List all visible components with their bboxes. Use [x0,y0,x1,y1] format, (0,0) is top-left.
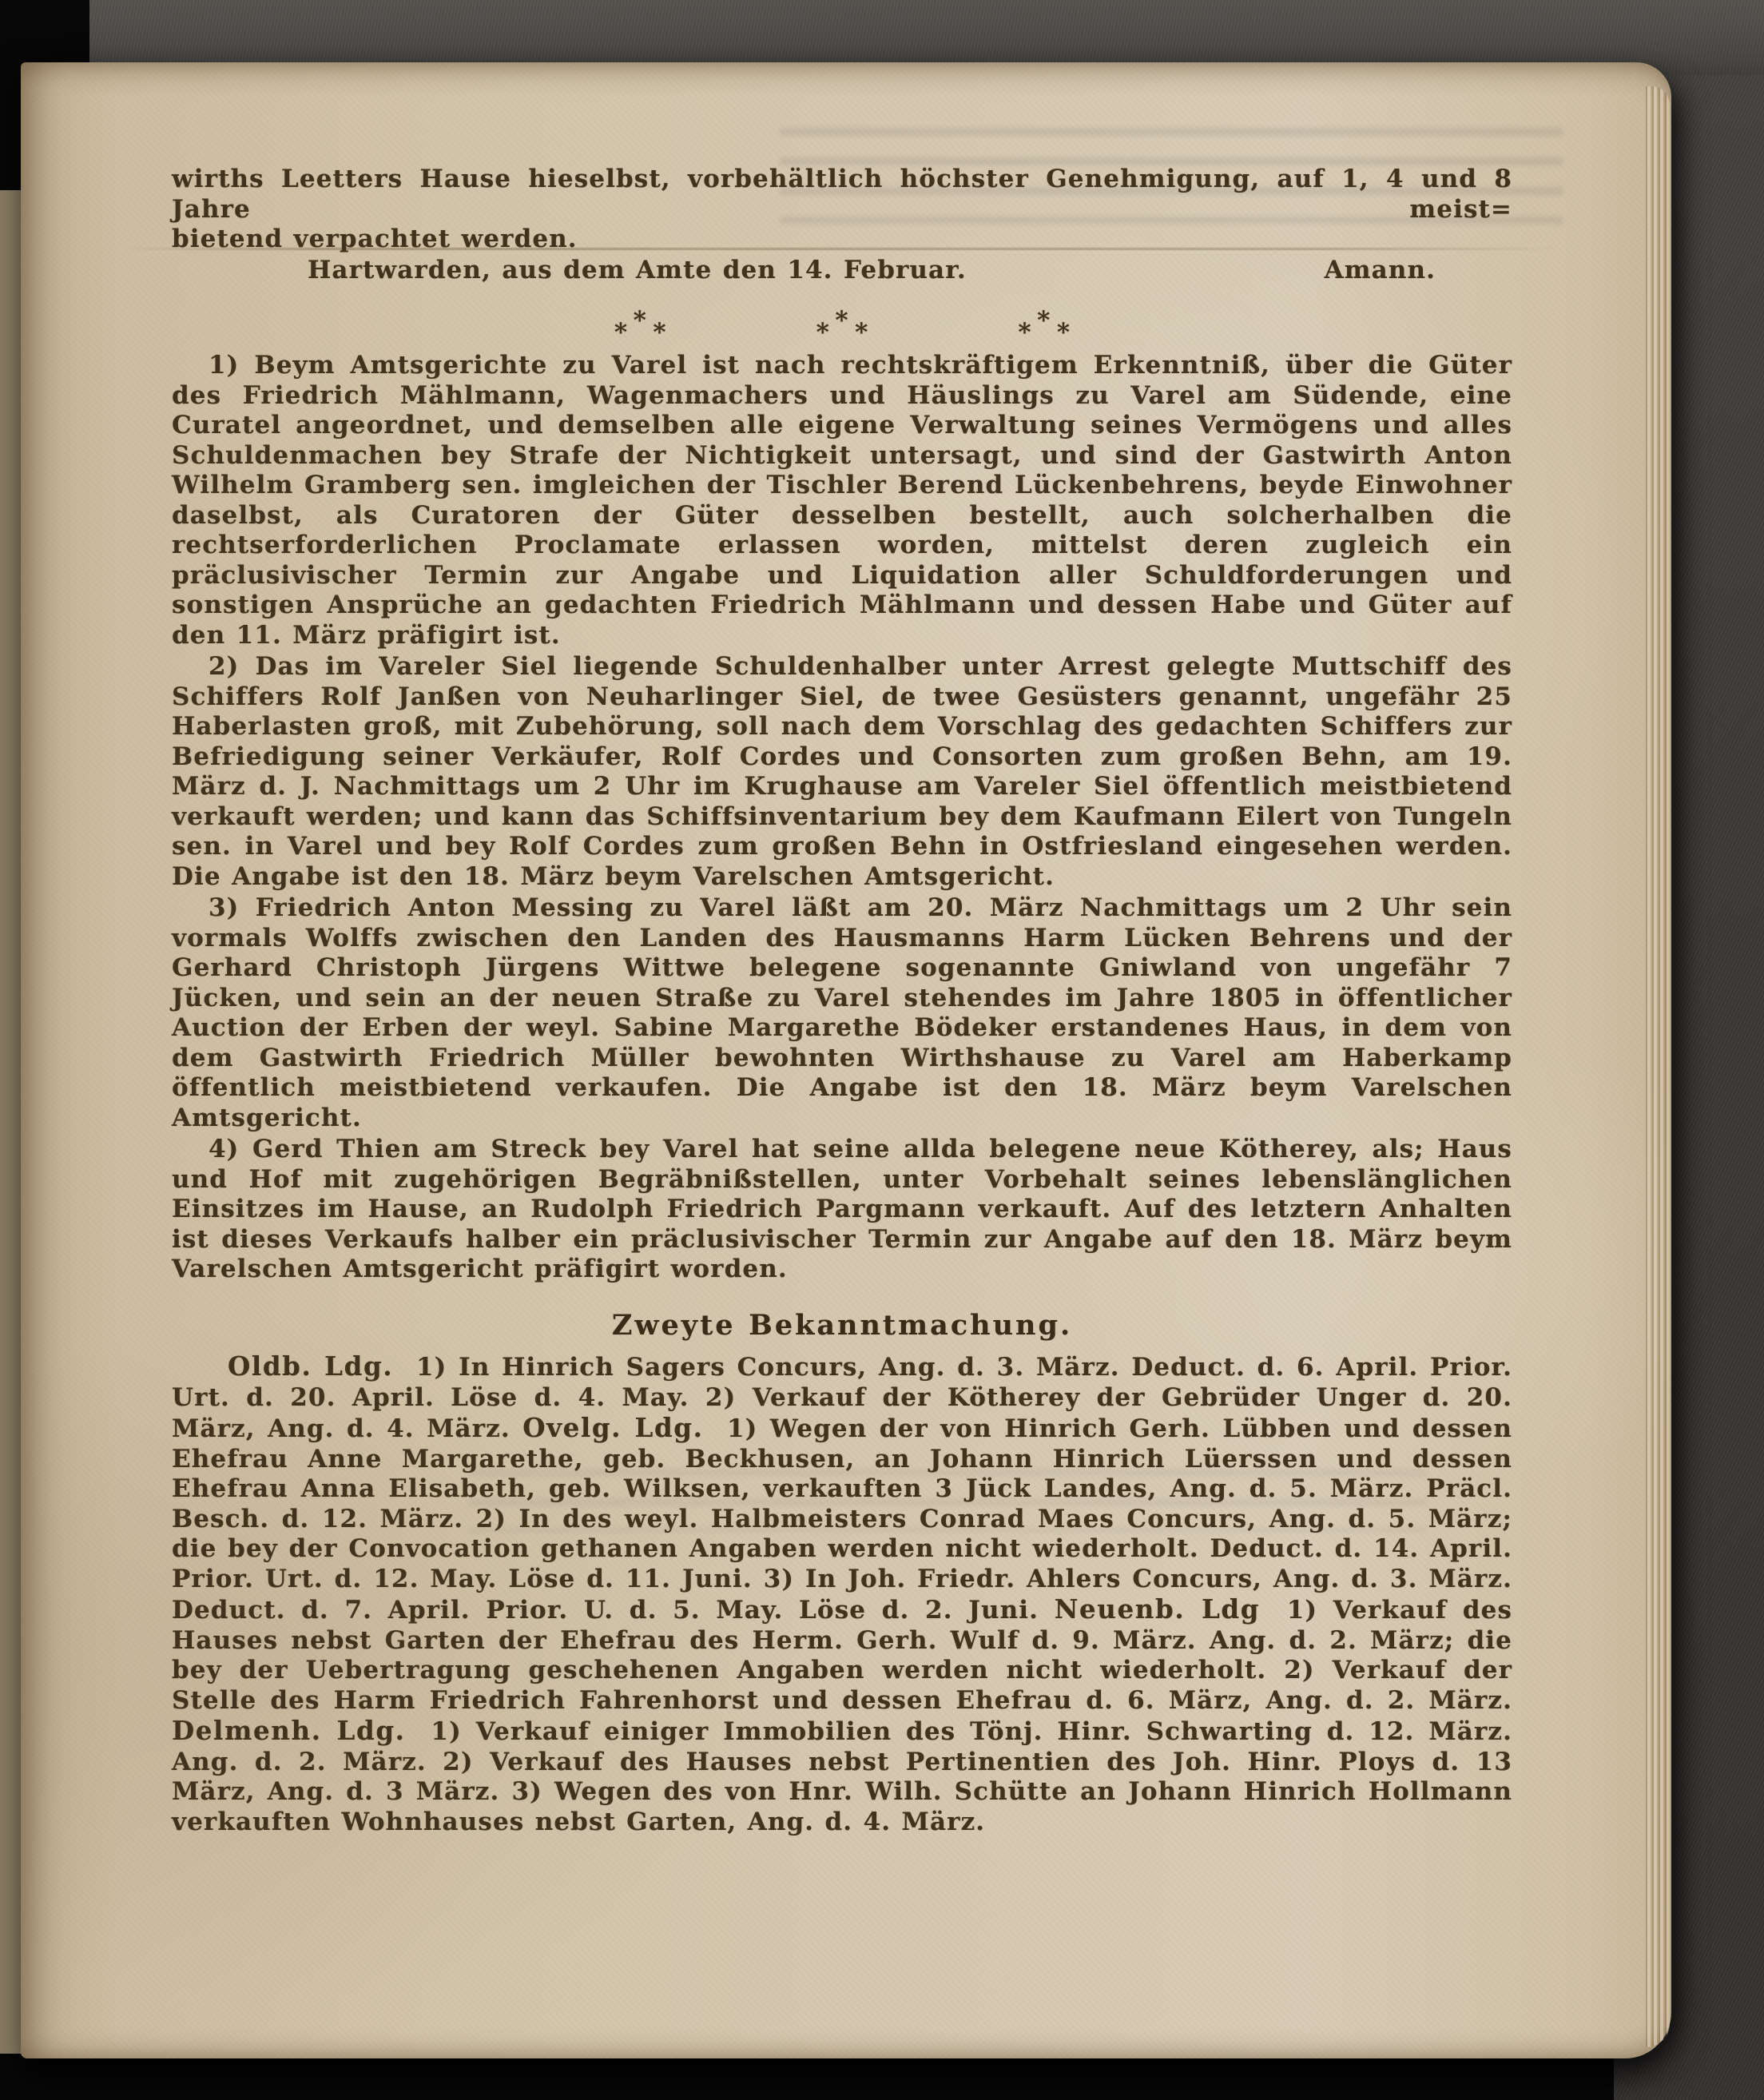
asterism-separator: * * * * * * * * * [172,306,1512,341]
asterism-icon: * * * [1010,306,1078,341]
dateline-place: Hartwarden, aus dem Amte den 14. Februar… [308,256,967,286]
asterism-icon: * * * [808,306,876,341]
scanned-page: wirths Leetters Hause hieselbst, vorbehä… [21,62,1671,2058]
dateline-signature: Amann. [1325,256,1436,286]
intro-line-2: bietend verpachtet werden. [172,225,1512,255]
court-district-label: Oldb. Ldg. [228,1350,404,1382]
court-district-label: Neuenb. Ldg [1055,1593,1271,1625]
second-section-body: Oldb. Ldg. 1) In Hinrich Sagers Concurs,… [172,1351,1512,1837]
court-district-label: Ovelg. Ldg. [522,1412,714,1443]
court-district-label: Delmenh. Ldg. [172,1715,417,1746]
dateline: Hartwarden, aus dem Amte den 14. Februar… [172,256,1512,286]
asterism-icon: * * * [606,306,674,341]
page-edge-stack [1646,86,1670,2047]
intro-line-1: wirths Leetters Hause hieselbst, vorbehä… [172,165,1512,225]
announcement-3: 3) Friedrich Anton Messing zu Varel läßt… [172,893,1512,1133]
section-heading: Zweyte Bekanntmachung. [172,1311,1512,1341]
announcement-2: 2) Das im Vareler Siel liegende Schulden… [172,652,1512,892]
announcement-1: 1) Beym Amtsgerichte zu Varel ist nach r… [172,351,1512,650]
page-text-column: wirths Leetters Hause hieselbst, vorbehä… [172,165,1512,1837]
announcement-4: 4) Gerd Thien am Streck bey Varel hat se… [172,1135,1512,1285]
